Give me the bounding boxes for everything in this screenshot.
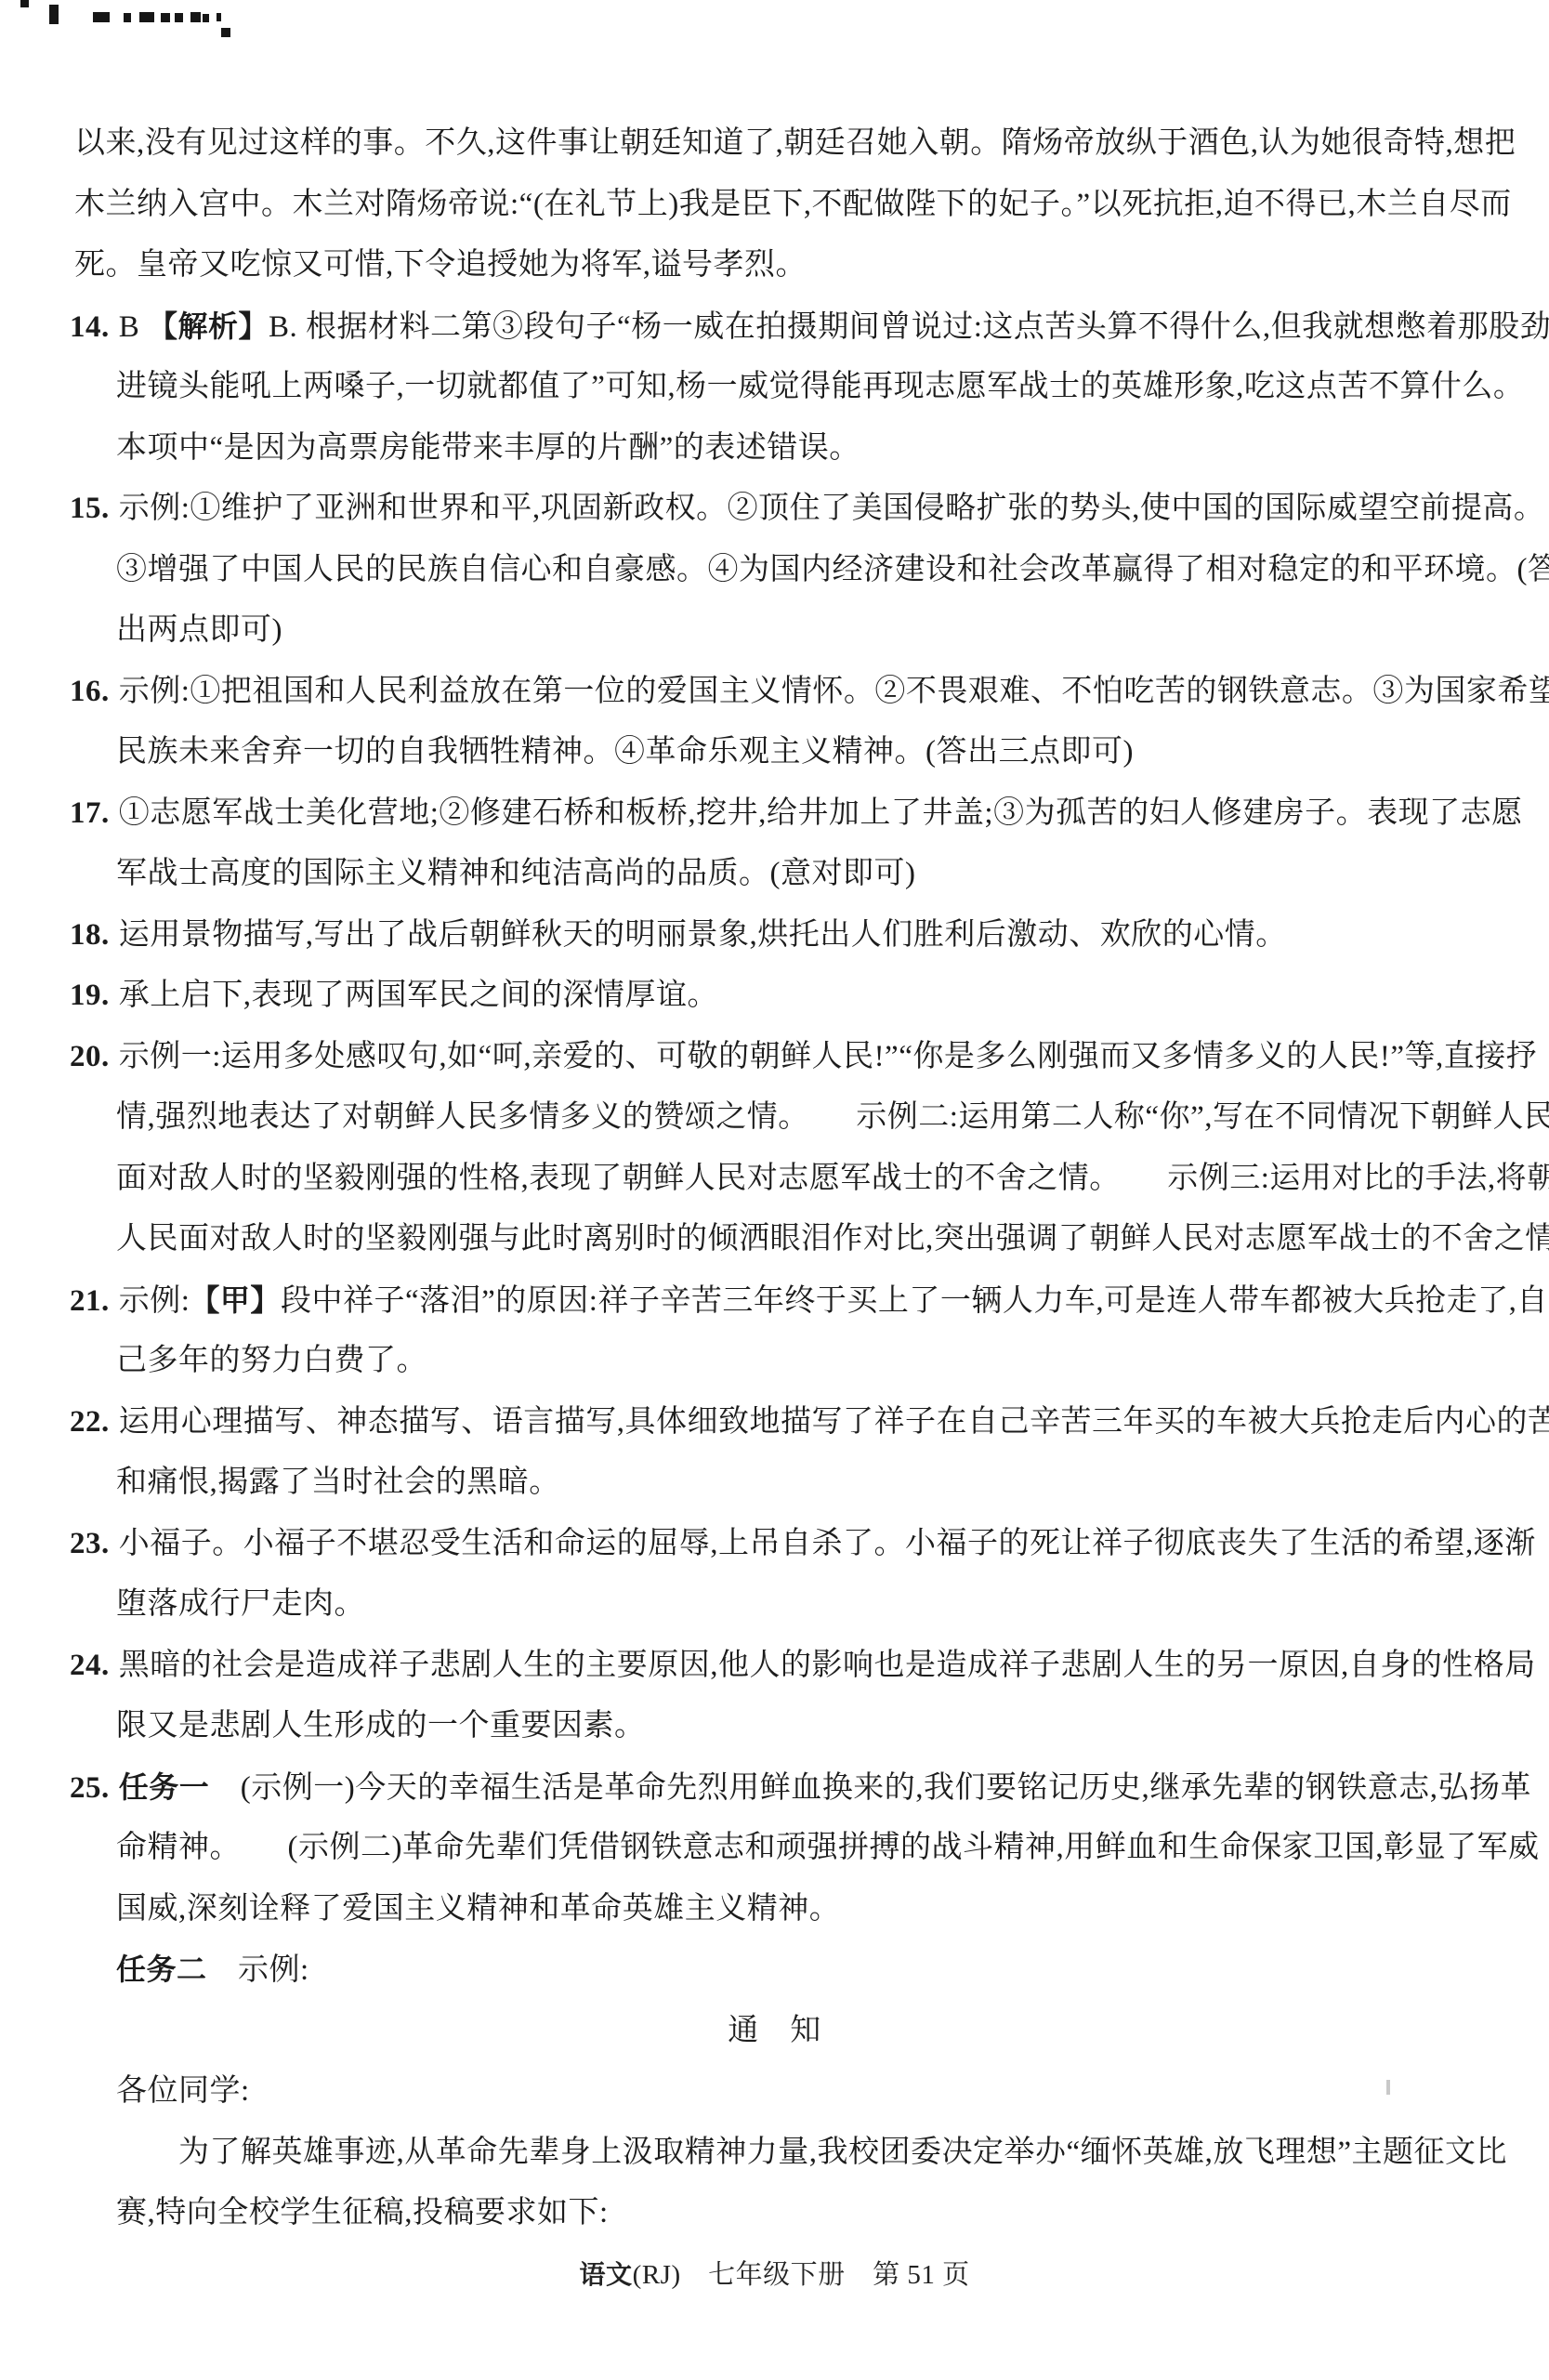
- scan-artifact-mark: [190, 12, 201, 22]
- text-segment: 示例一:运用多处感叹句,如“呵,亲爱的、可敬的朝鲜人民!”“你是多么刚强而又多情…: [119, 1040, 1538, 1073]
- text-segment: 任务二: [116, 1953, 207, 1986]
- text-line: 军战士高度的国际主义精神和纯洁高尚的品质。(意对即可): [0, 844, 1549, 905]
- text-segment: 语文: [579, 2260, 632, 2289]
- notice-salutation: 各位同学:: [0, 2061, 1549, 2123]
- document-body: 以来,没有见过这样的事。不久,这件事让朝廷知道了,朝廷召她入朝。隋炀帝放纵于酒色…: [0, 113, 1549, 2305]
- text-segment: 各位同学:: [116, 2074, 250, 2108]
- answer-20: 20.示例一:运用多处感叹句,如“呵,亲爱的、可敬的朝鲜人民!”“你是多么刚强而…: [0, 1027, 1549, 1088]
- answer-number: 18.: [70, 918, 110, 952]
- answer-key-page: 以来,没有见过这样的事。不久,这件事让朝廷知道了,朝廷召她入朝。隋炀帝放纵于酒色…: [0, 0, 1549, 2380]
- text-line: 人民面对敌人时的坚毅刚强与此时离别时的倾洒眼泪作对比,突出强调了朝鲜人民对志愿军…: [0, 1209, 1549, 1270]
- scan-artifact-mark: [124, 13, 131, 22]
- text-line: 本项中“是因为高票房能带来丰厚的片酬”的表述错误。: [0, 418, 1549, 480]
- text-segment: 通 知: [728, 2014, 821, 2047]
- answer-25: 25.任务一 (示例一)今天的幸福生活是革命先烈用鲜血换来的,我们要铭记历史,继…: [0, 1757, 1549, 1819]
- text-segment: 任务一: [119, 1770, 210, 1804]
- text-segment: 军战士高度的国际主义精神和纯洁高尚的品质。(意对即可): [116, 857, 915, 890]
- answer-number: 14.: [70, 310, 110, 344]
- text-segment: 示例:: [119, 1284, 190, 1318]
- answer-number: 17.: [70, 796, 110, 830]
- scan-artifact-mark: [203, 14, 209, 22]
- text-segment: 限又是悲剧人生形成的一个重要因素。: [116, 1709, 646, 1742]
- scan-artifact-mark: [221, 28, 230, 37]
- text-line: 国威,深刻诠释了爱国主义精神和革命英雄主义精神。: [0, 1879, 1549, 1940]
- scan-artifact-mark: [175, 13, 183, 22]
- text-segment: 赛,特向全校学生征稿,投稿要求如下:: [116, 2196, 609, 2229]
- answer-17: 17.①志愿军战士美化营地;②修建石桥和板桥,挖井,给井加上了井盖;③为孤苦的妇…: [0, 783, 1549, 845]
- answer-16: 16.示例:①把祖国和人民利益放在第一位的爱国主义情怀。②不畏艰难、不怕吃苦的钢…: [0, 662, 1549, 723]
- text-segment: (RJ) 七年级下册 第 51 页: [633, 2260, 970, 2290]
- scan-artifact-mark: [49, 5, 59, 24]
- text-line: 木兰纳入宫中。木兰对隋炀帝说:“(在礼节上)我是臣下,不配做陛下的妃子。”以死抗…: [0, 175, 1549, 236]
- text-segment: 示例:①维护了亚洲和世界和平,巩固新政权。②顶住了美国侵略扩张的势头,使中国的国…: [119, 492, 1545, 525]
- text-segment: 和痛恨,揭露了当时社会的黑暗。: [116, 1466, 560, 1499]
- text-segment: 出两点即可): [116, 613, 282, 647]
- answer-number: 21.: [70, 1284, 110, 1318]
- text-segment: ①志愿军战士美化营地;②修建石桥和板桥,挖井,给井加上了井盖;③为孤苦的妇人修建…: [119, 796, 1523, 830]
- answer-24: 24.黑暗的社会是造成祥子悲剧人生的主要原因,他人的影响也是造成祥子悲剧人生的另…: [0, 1636, 1549, 1697]
- scan-artifact-mark: [139, 12, 154, 22]
- text-segment: 承上启下,表现了两国军民之间的深情厚谊。: [119, 979, 718, 1012]
- text-segment: 死。皇帝又吃惊又可惜,下令追授她为将军,谥号孝烈。: [74, 248, 807, 282]
- text-line: 限又是悲剧人生形成的一个重要因素。: [0, 1696, 1549, 1757]
- text-segment: 木兰纳入宫中。木兰对隋炀帝说:“(在礼节上)我是臣下,不配做陛下的妃子。”以死抗…: [74, 188, 1512, 221]
- text-line: 面对敌人时的坚毅刚强的性格,表现了朝鲜人民对志愿军战士的不舍之情。 示例三:运用…: [0, 1149, 1549, 1210]
- text-line: 和痛恨,揭露了当时社会的黑暗。: [0, 1453, 1549, 1514]
- text-segment: 国威,深刻诠释了爱国主义精神和革命英雄主义精神。: [116, 1892, 840, 1926]
- text-segment: 人民面对敌人时的坚毅刚强与此时离别时的倾洒眼泪作对比,突出强调了朝鲜人民对志愿军…: [116, 1222, 1549, 1256]
- text-segment: 堕落成行尸走肉。: [116, 1587, 365, 1621]
- text-segment: 小福子。小福子不堪忍受生活和命运的屈辱,上吊自杀了。小福子的死让祥子彻底丧失了生…: [119, 1527, 1536, 1560]
- text-segment: 本项中“是因为高票房能带来丰厚的片酬”的表述错误。: [116, 431, 860, 465]
- text-line: 民族未来舍弃一切的自我牺牲精神。④革命乐观主义精神。(答出三点即可): [0, 722, 1549, 783]
- text-line: ③增强了中国人民的民族自信心和自豪感。④为国内经济建设和社会改革赢得了相对稳定的…: [0, 540, 1549, 601]
- answer-number: 22.: [70, 1405, 110, 1439]
- answer-18: 18.运用景物描写,写出了战后朝鲜秋天的明丽景象,烘托出人们胜利后激动、欢欣的心…: [0, 905, 1549, 966]
- text-segment: B. 根据材料二第③段句子“杨一威在拍摄期间曾说过:这点苦头算不得什么,但我就想…: [269, 310, 1549, 344]
- text-line: 命精神。 (示例二)革命先辈们凭借钢铁意志和顽强拼搏的战斗精神,用鲜血和生命保家…: [0, 1818, 1549, 1879]
- answer-number: 16.: [70, 675, 110, 708]
- text-segment: B: [119, 310, 148, 344]
- answer-number: 15.: [70, 492, 110, 525]
- text-segment: ③增强了中国人民的民族自信心和自豪感。④为国内经济建设和社会改革赢得了相对稳定的…: [116, 553, 1549, 586]
- text-segment: 示例:①把祖国和人民利益放在第一位的爱国主义情怀。②不畏艰难、不怕吃苦的钢铁意志…: [119, 675, 1549, 708]
- text-line: 情,强烈地表达了对朝鲜人民多情多义的赞颂之情。 示例二:运用第二人称“你”,写在…: [0, 1087, 1549, 1149]
- text-segment: 【甲】: [190, 1283, 281, 1317]
- answer-number: 25.: [70, 1771, 110, 1805]
- text-segment: 黑暗的社会是造成祥子悲剧人生的主要原因,他人的影响也是造成祥子悲剧人生的另一原因…: [119, 1649, 1536, 1682]
- notice-body-line: 为了解英雄事迹,从革命先辈身上汲取精神力量,我校团委决定举办“缅怀英雄,放飞理想…: [0, 2123, 1549, 2184]
- text-segment: 运用景物描写,写出了战后朝鲜秋天的明丽景象,烘托出人们胜利后激动、欢欣的心情。: [119, 918, 1287, 952]
- notice-title: 通 知: [0, 2001, 1549, 2062]
- text-segment: 己多年的努力白费了。: [116, 1344, 427, 1377]
- text-line: 进镜头能吼上两嗓子,一切就都值了”可知,杨一威觉得能再现志愿军战士的英雄形象,吃…: [0, 357, 1549, 418]
- text-line: 死。皇帝又吃惊又可惜,下令追授她为将军,谥号孝烈。: [0, 235, 1549, 296]
- scan-artifact-mark: [161, 13, 170, 22]
- text-line: 己多年的努力白费了。: [0, 1331, 1549, 1392]
- scan-artifact-mark: [93, 12, 110, 22]
- page-footer: 语文(RJ) 七年级下册 第 51 页: [0, 2244, 1549, 2306]
- text-segment: 为了解英雄事迹,从革命先辈身上汲取精神力量,我校团委决定举办“缅怀英雄,放飞理想…: [178, 2136, 1507, 2169]
- scan-artifact-mark: [20, 0, 29, 7]
- text-segment: (示例一)今天的幸福生活是革命先烈用鲜血换来的,我们要铭记历史,继承先辈的钢铁意…: [209, 1771, 1531, 1805]
- answer-number: 20.: [70, 1040, 110, 1073]
- answer-number: 24.: [70, 1649, 110, 1682]
- answer-23: 23.小福子。小福子不堪忍受生活和命运的屈辱,上吊自杀了。小福子的死让祥子彻底丧…: [0, 1514, 1549, 1575]
- text-segment: 段中祥子“落泪”的原因:祥子辛苦三年终于买上了一辆人力车,可是连人带车都被大兵抢…: [281, 1284, 1548, 1318]
- answer-19: 19.承上启下,表现了两国军民之间的深情厚谊。: [0, 966, 1549, 1027]
- answer-number: 19.: [70, 979, 110, 1012]
- answer-22: 22.运用心理描写、神态描写、语言描写,具体细致地描写了祥子在自己辛苦三年买的车…: [0, 1392, 1549, 1453]
- text-segment: 【解析】: [148, 309, 269, 343]
- answer-number: 23.: [70, 1527, 110, 1560]
- text-segment: 进镜头能吼上两嗓子,一切就都值了”可知,杨一威觉得能再现志愿军战士的英雄形象,吃…: [116, 370, 1524, 403]
- text-segment: 面对敌人时的坚毅刚强的性格,表现了朝鲜人民对志愿军战士的不舍之情。 示例三:运用…: [116, 1162, 1549, 1195]
- scan-artifact-mark: [217, 13, 221, 21]
- text-line: 出两点即可): [0, 600, 1549, 662]
- text-segment: 示例:: [207, 1953, 309, 1987]
- text-segment: 情,强烈地表达了对朝鲜人民多情多义的赞颂之情。 示例二:运用第二人称“你”,写在…: [116, 1100, 1549, 1134]
- answer-21: 21.示例:【甲】段中祥子“落泪”的原因:祥子辛苦三年终于买上了一辆人力车,可是…: [0, 1270, 1549, 1332]
- text-segment: 运用心理描写、神态描写、语言描写,具体细致地描写了祥子在自己辛苦三年买的车被大兵…: [119, 1405, 1549, 1439]
- notice-body-line: 赛,特向全校学生征稿,投稿要求如下:: [0, 2183, 1549, 2244]
- text-line: 以来,没有见过这样的事。不久,这件事让朝廷知道了,朝廷召她入朝。隋炀帝放纵于酒色…: [0, 113, 1549, 175]
- text-segment: 以来,没有见过这样的事。不久,这件事让朝廷知道了,朝廷召她入朝。隋炀帝放纵于酒色…: [74, 126, 1516, 160]
- text-segment: 命精神。 (示例二)革命先辈们凭借钢铁意志和顽强拼搏的战斗精神,用鲜血和生命保家…: [116, 1831, 1539, 1864]
- answer-15: 15.示例:①维护了亚洲和世界和平,巩固新政权。②顶住了美国侵略扩张的势头,使中…: [0, 479, 1549, 540]
- task-2-label: 任务二 示例:: [0, 1940, 1549, 2001]
- text-segment: 民族未来舍弃一切的自我牺牲精神。④革命乐观主义精神。(答出三点即可): [116, 735, 1134, 769]
- answer-14: 14.B 【解析】B. 根据材料二第③段句子“杨一威在拍摄期间曾说过:这点苦头算…: [0, 296, 1549, 358]
- text-line: 堕落成行尸走肉。: [0, 1574, 1549, 1636]
